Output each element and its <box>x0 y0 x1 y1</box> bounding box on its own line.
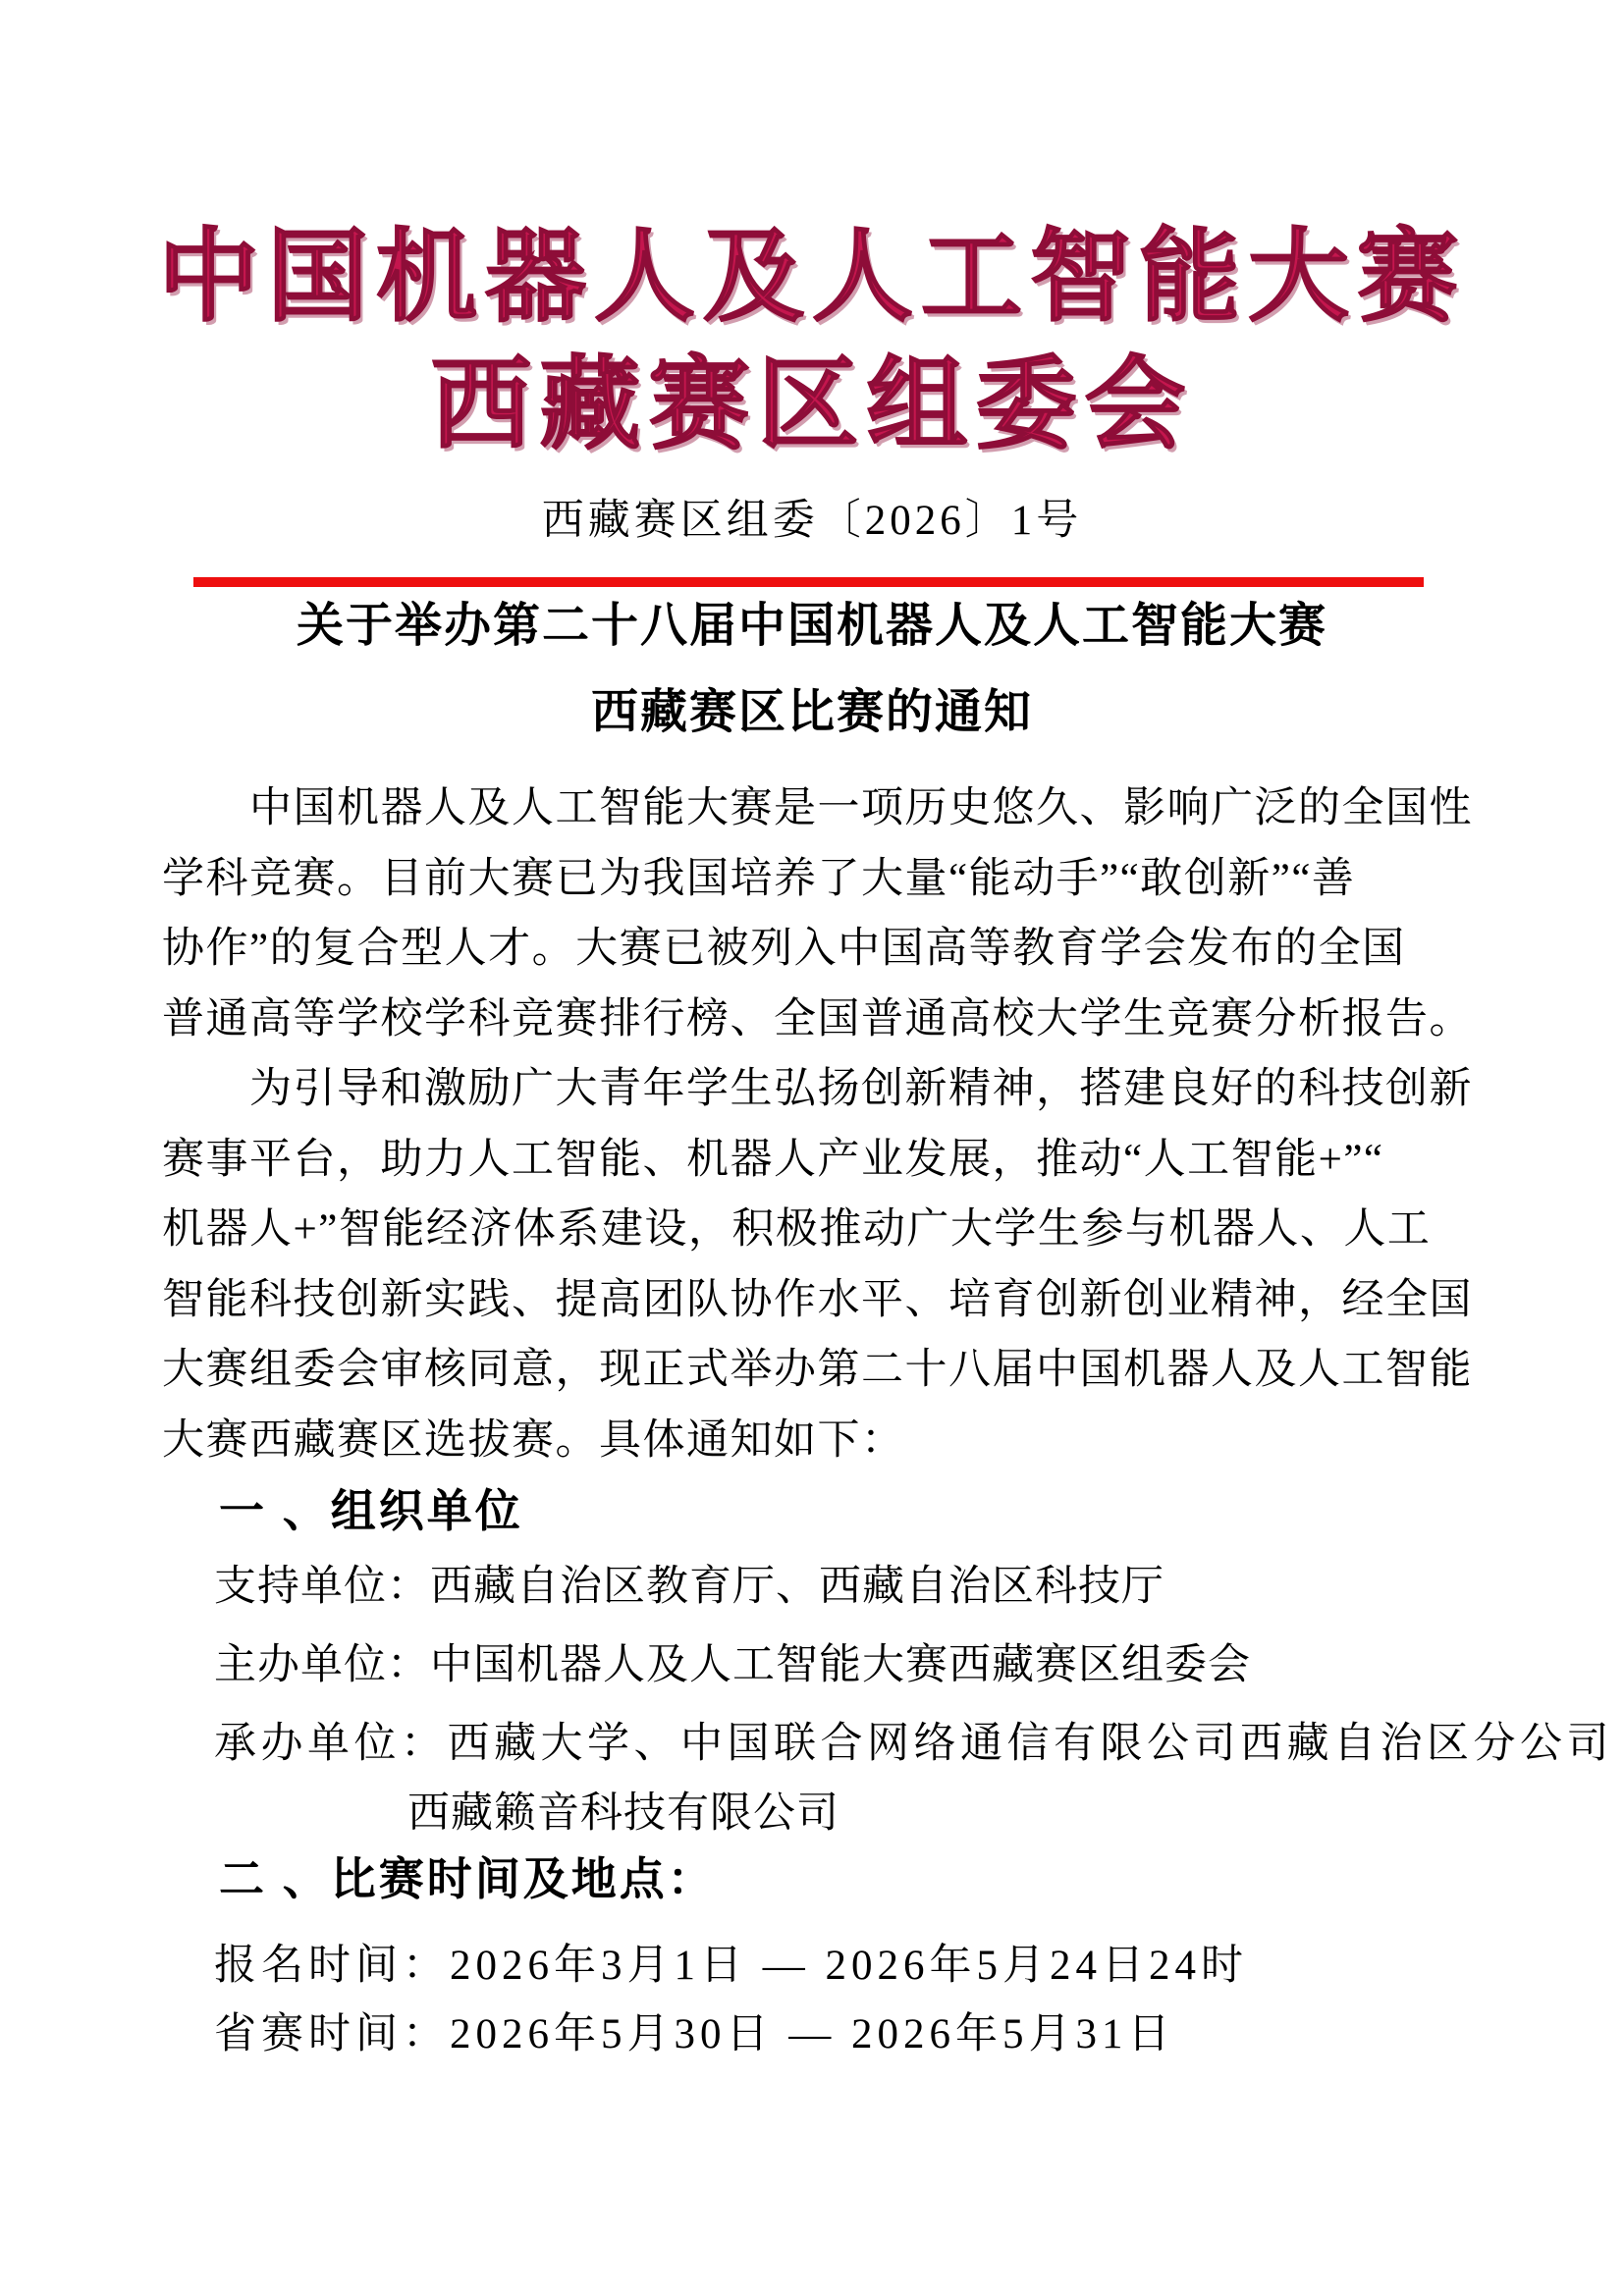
organizer-unit-line: 承办单位：西藏大学、中国联合网络通信有限公司西藏自治区分公司 <box>214 1719 1613 1770</box>
host-unit-line: 主办单位：中国机器人及人工智能大赛西藏赛区组委会 <box>214 1640 1251 1691</box>
org-title-line2: 西藏赛区组委会 <box>0 351 1624 459</box>
body-line: 普通高等学校学科竞赛排行榜、全国普通高校大学生竞赛分析报告。 <box>162 985 1473 1055</box>
body-line: 智能科技创新实践、提高团队协作水平、培育创新创业精神，经全国 <box>162 1265 1473 1336</box>
body-line: 协作”的复合型人才。大赛已被列入中国高等教育学会发布的全国 <box>162 914 1473 985</box>
body-line: 中国机器人及人工智能大赛是一项历史悠久、影响广泛的全国性 <box>162 774 1473 844</box>
official-notice-page: 中国机器人及人工智能大赛 西藏赛区组委会 西藏赛区组委〔2026〕1号 关于举办… <box>0 0 1624 2296</box>
section-2-heading: 二 、比赛时间及地点： <box>219 1852 716 1905</box>
notice-title-line1: 关于举办第二十八届中国机器人及人工智能大赛 <box>0 599 1624 654</box>
body-line: 学科竞赛。目前大赛已为我国培养了大量“能动手”“敢创新”“善 <box>162 844 1473 915</box>
support-unit-line: 支持单位：西藏自治区教育厅、西藏自治区科技厅 <box>214 1562 1164 1613</box>
body-line: 机器人+”智能经济体系建设，积极推动广大学生参与机器人、人工 <box>162 1195 1473 1265</box>
notice-title-line2: 西藏赛区比赛的通知 <box>0 685 1624 740</box>
red-header-rule <box>193 577 1424 587</box>
document-number: 西藏赛区组委〔2026〕1号 <box>0 497 1624 546</box>
registration-time-line: 报名时间：2026年3月1日 — 2026年5月24日24时 <box>214 1941 1248 1992</box>
organizer-unit-continuation-line: 西藏籁音科技有限公司 <box>407 1789 839 1840</box>
org-title-line1: 中国机器人及人工智能大赛 <box>0 224 1624 332</box>
body-line: 大赛组委会审核同意，现正式举办第二十八届中国机器人及人工智能 <box>162 1335 1473 1406</box>
body-line: 赛事平台，助力人工智能、机器人产业发展，推动“人工智能+”“ <box>162 1125 1473 1196</box>
provincial-time-line: 省赛时间：2026年5月30日 — 2026年5月31日 <box>214 2009 1175 2060</box>
body-line: 为引导和激励广大青年学生弘扬创新精神，搭建良好的科技创新 <box>162 1054 1473 1125</box>
body-line: 大赛西藏赛区选拔赛。具体通知如下： <box>162 1406 1473 1476</box>
section-1-heading: 一 、组织单位 <box>219 1484 523 1537</box>
body-paragraphs: 中国机器人及人工智能大赛是一项历史悠久、影响广泛的全国性学科竞赛。目前大赛已为我… <box>162 774 1473 1475</box>
